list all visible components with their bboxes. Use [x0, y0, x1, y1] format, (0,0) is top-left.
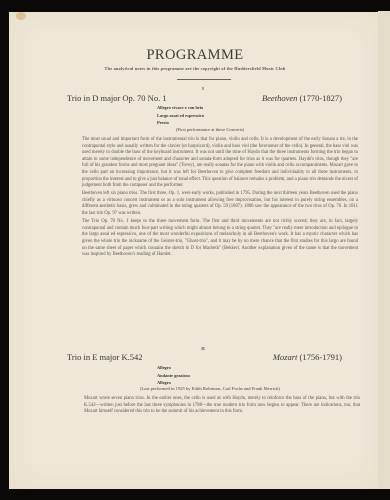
movement: Allegro: [157, 364, 190, 372]
notes-section-2: Mozart wrote seven piano trios. In the e…: [84, 396, 360, 417]
copyright-note: The analytical notes in this programme a…: [0, 66, 390, 71]
work-title-2: Trio in E major K.542: [67, 352, 142, 362]
paragraph: Mozart wrote seven piano trios. In the e…: [84, 396, 360, 416]
movement-list-1: Allegro vivace e con brio Largo assai ed…: [157, 104, 204, 127]
composer-dates-2: (1756-1791): [300, 352, 343, 362]
notes-section-1: The most usual and important form of the…: [82, 137, 358, 260]
movement: Allegro vivace e con brio: [157, 104, 204, 112]
paragraph: The most usual and important form of the…: [82, 137, 358, 190]
composer-2: Mozart (1756-1791): [273, 352, 342, 362]
paper-stain: [16, 12, 26, 20]
movement-list-2: Allegro Andante grazioso Allegro: [157, 364, 190, 387]
composer-1: Beethoven (1770-1827): [262, 93, 342, 103]
performance-note-1: (First performance at these Concerts): [0, 127, 390, 132]
paragraph: Beethoven left six piano trios. The firs…: [82, 191, 358, 217]
divider-rule: [177, 79, 231, 80]
movement: Presto: [157, 119, 204, 127]
composer-name-1: Beethoven: [262, 93, 297, 103]
composer-dates-1: (1770-1827): [300, 93, 343, 103]
page-edge: [378, 11, 390, 489]
paragraph: The Trio Op. 70 No. 1 keeps to the three…: [82, 219, 358, 259]
performance-note-2: (Last performed in 1925 by Edith Robinso…: [0, 386, 390, 391]
movement: Largo assai ed espressivo: [157, 112, 204, 120]
composer-name-2: Mozart: [273, 352, 298, 362]
section-numeral-2: II: [0, 346, 390, 351]
work-title-1: Trio in D major Op. 70 No. 1: [67, 93, 167, 103]
page-title: PROGRAMME: [0, 47, 390, 64]
section-numeral-1: I: [0, 86, 390, 91]
movement: Andante grazioso: [157, 372, 190, 380]
